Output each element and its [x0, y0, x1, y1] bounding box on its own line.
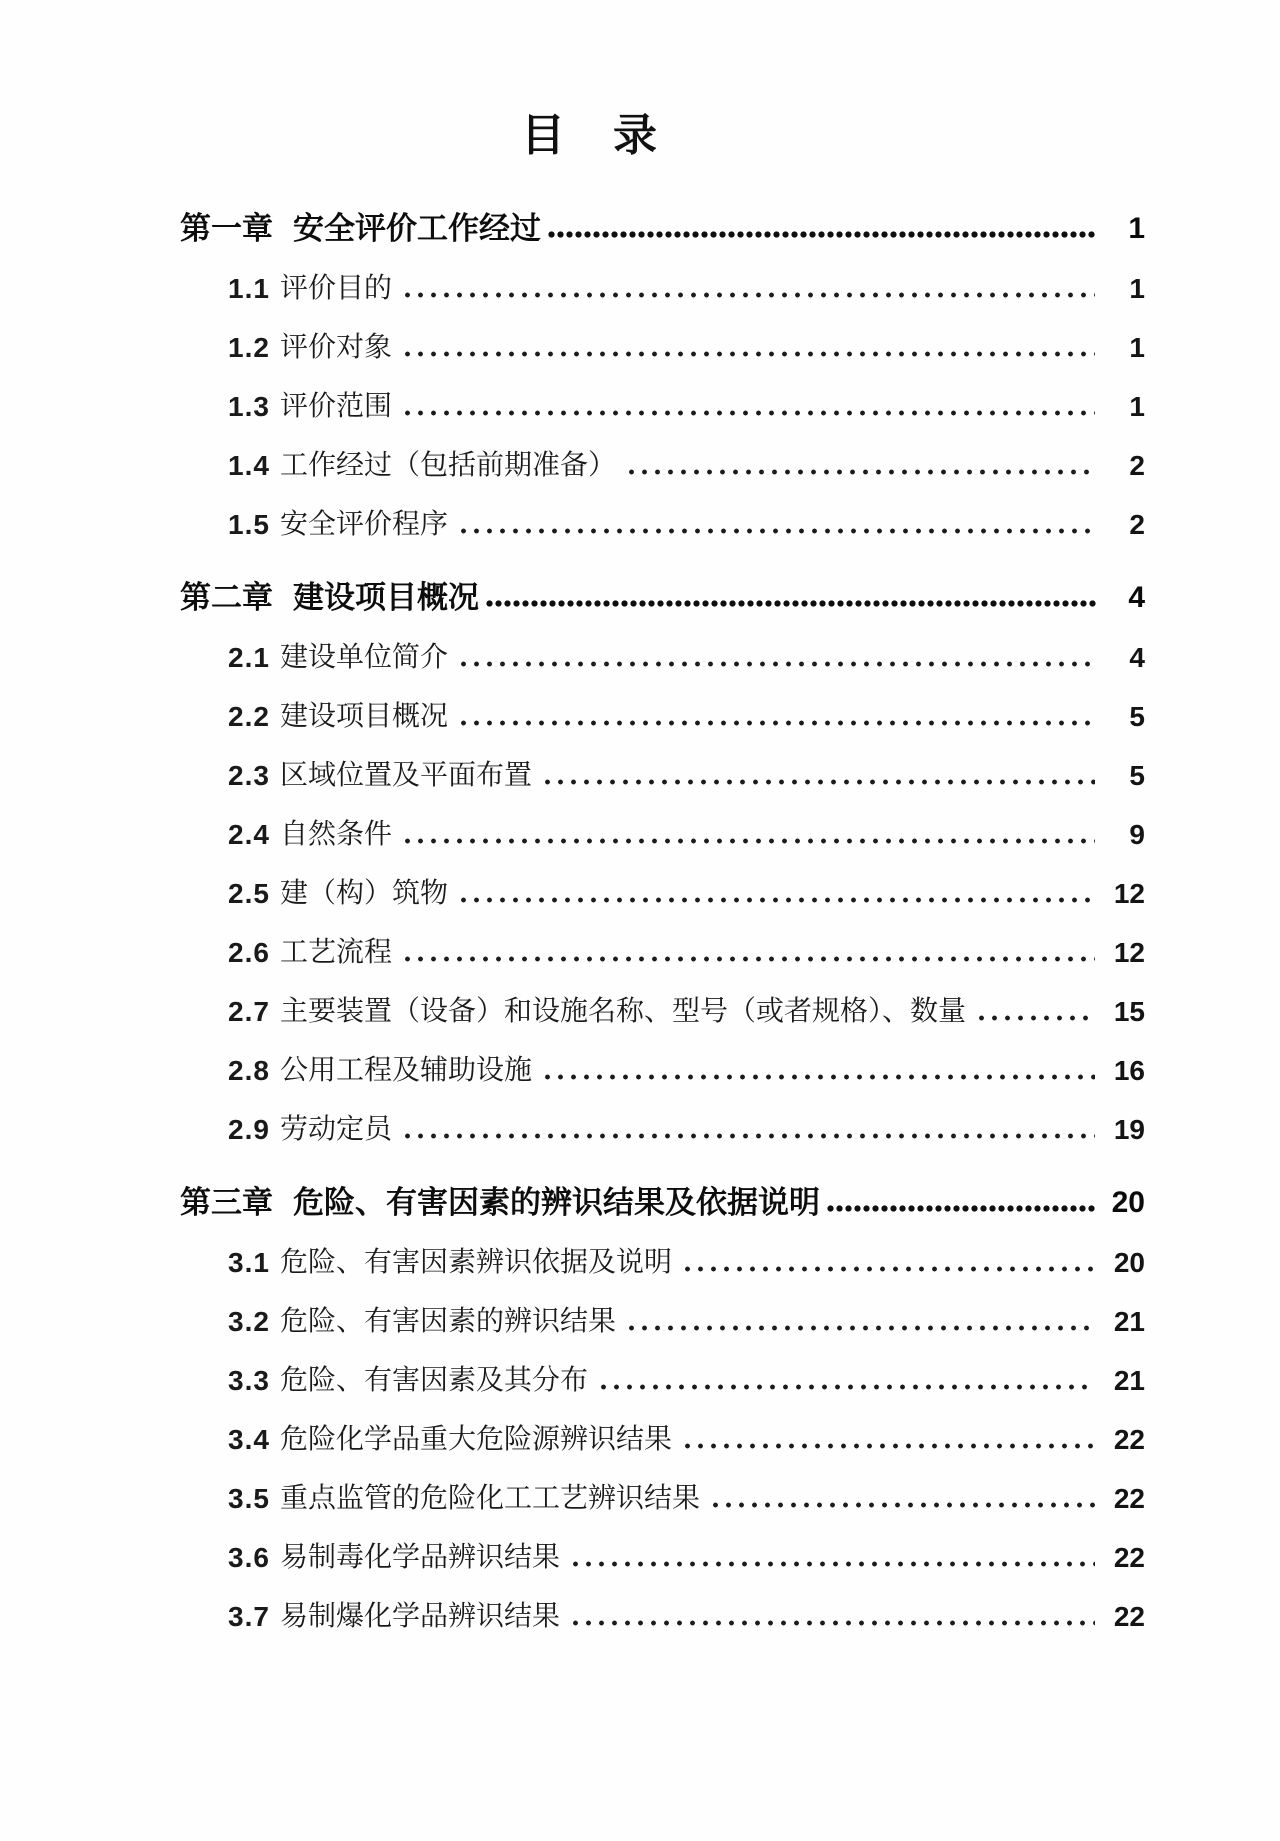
toc-page-number: 20: [1105, 1186, 1145, 1219]
toc-entry-label: 1.3评价范围: [228, 392, 392, 422]
toc-entry-label: 3.1危险、有害因素辨识依据及说明: [228, 1248, 672, 1278]
toc-entry-number: 2.7: [228, 997, 270, 1027]
toc-entry-number: 3.3: [228, 1366, 270, 1396]
toc-entry-number: 2.4: [228, 820, 270, 850]
toc-entry-number: 3.7: [228, 1602, 270, 1632]
toc-section-row: 3.7易制爆化学品辨识结果22: [180, 1573, 1145, 1632]
toc-entry-text: 建设单位简介: [280, 643, 448, 673]
dotted-leader: [401, 289, 1095, 301]
toc-section-row: 3.6易制毒化学品辨识结果22: [180, 1514, 1145, 1573]
dotted-leader: [401, 407, 1095, 419]
dotted-leader: [597, 1381, 1095, 1393]
toc-entry-label: 2.2建设项目概况: [228, 702, 448, 732]
toc-section-row: 2.6工艺流程12: [180, 909, 1145, 968]
dotted-leader: [401, 953, 1095, 965]
toc-entry-number: 2.9: [228, 1115, 270, 1145]
toc-page-number: 22: [1105, 1425, 1145, 1455]
toc-entry-label: 1.5安全评价程序: [228, 510, 448, 540]
dotted-leader: [541, 776, 1095, 788]
toc-entry-number: 3.5: [228, 1484, 270, 1514]
toc-entry-text: 危险、有害因素的辨识结果: [280, 1307, 616, 1337]
toc-chapter-row: 第一章安全评价工作经过1: [180, 186, 1145, 245]
toc-page-number: 1: [1105, 333, 1145, 363]
toc-entry-label: 2.5建（构）筑物: [228, 879, 448, 909]
toc-entry-number: 3.6: [228, 1543, 270, 1573]
toc-section-row: 2.3区域位置及平面布置5: [180, 732, 1145, 791]
toc-entry-number: 第三章: [180, 1186, 273, 1219]
toc-entry-label: 1.1评价目的: [228, 274, 392, 304]
toc-section-row: 2.1建设单位简介4: [180, 614, 1145, 673]
toc-entry-number: 3.1: [228, 1248, 270, 1278]
toc-entry-text: 危险、有害因素的辨识结果及依据说明: [293, 1186, 820, 1219]
toc-page-number: 1: [1105, 274, 1145, 304]
toc-page-number: 5: [1105, 702, 1145, 732]
toc-entry-text: 评价对象: [280, 333, 392, 363]
toc-section-row: 2.9劳动定员19: [180, 1086, 1145, 1145]
toc-entry-text: 安全评价程序: [280, 510, 448, 540]
dotted-leader: [541, 1071, 1095, 1083]
toc-entry-number: 第一章: [180, 212, 273, 245]
toc-entry-label: 2.3区域位置及平面布置: [228, 761, 532, 791]
dotted-leader: [457, 717, 1095, 729]
dotted-leader: [401, 835, 1095, 847]
dotted-leader: [681, 1263, 1095, 1275]
toc-list: 第一章安全评价工作经过11.1评价目的11.2评价对象11.3评价范围11.4工…: [0, 186, 1280, 1632]
toc-page-number: 4: [1105, 643, 1145, 673]
toc-page-number: 16: [1105, 1056, 1145, 1086]
dotted-leader: [975, 1012, 1095, 1024]
toc-entry-label: 2.4自然条件: [228, 820, 392, 850]
toc-entry-label: 2.1建设单位简介: [228, 643, 448, 673]
toc-section-row: 2.7主要装置（设备）和设施名称、型号（或者规格）、数量15: [180, 968, 1145, 1027]
toc-entry-text: 自然条件: [280, 820, 392, 850]
toc-entry-text: 公用工程及辅助设施: [280, 1056, 532, 1086]
dotted-leader: [547, 228, 1097, 241]
toc-section-row: 1.2评价对象1: [180, 304, 1145, 363]
dotted-leader: [625, 466, 1095, 478]
toc-page-number: 22: [1105, 1602, 1145, 1632]
toc-entry-label: 1.2评价对象: [228, 333, 392, 363]
scanned-document-page: 目 录 第一章安全评价工作经过11.1评价目的11.2评价对象11.3评价范围1…: [0, 0, 1280, 1841]
toc-entry-label: 2.8公用工程及辅助设施: [228, 1056, 532, 1086]
toc-entry-number: 1.1: [228, 274, 270, 304]
toc-entry-text: 区域位置及平面布置: [280, 761, 532, 791]
toc-entry-text: 评价目的: [280, 274, 392, 304]
toc-section-row: 1.3评价范围1: [180, 363, 1145, 422]
toc-entry-text: 建设项目概况: [293, 581, 479, 614]
toc-section-row: 3.1危险、有害因素辨识依据及说明20: [180, 1219, 1145, 1278]
toc-chapter-row: 第三章危险、有害因素的辨识结果及依据说明20: [180, 1160, 1145, 1219]
toc-entry-number: 3.4: [228, 1425, 270, 1455]
toc-entry-text: 易制爆化学品辨识结果: [280, 1602, 560, 1632]
toc-entry-label: 3.5重点监管的危险化工工艺辨识结果: [228, 1484, 700, 1514]
toc-entry-label: 第二章建设项目概况: [180, 581, 479, 614]
toc-section-row: 2.4自然条件9: [180, 791, 1145, 850]
toc-page-number: 2: [1105, 510, 1145, 540]
toc-entry-label: 2.9劳动定员: [228, 1115, 392, 1145]
toc-entry-number: 2.5: [228, 879, 270, 909]
toc-section-row: 2.2建设项目概况5: [180, 673, 1145, 732]
toc-chapter-row: 第二章建设项目概况4: [180, 555, 1145, 614]
toc-entry-text: 安全评价工作经过: [293, 212, 541, 245]
toc-entry-label: 3.3危险、有害因素及其分布: [228, 1366, 588, 1396]
dotted-leader: [401, 1130, 1095, 1142]
toc-entry-text: 工艺流程: [280, 938, 392, 968]
dotted-leader: [401, 348, 1095, 360]
toc-entry-label: 3.4危险化学品重大危险源辨识结果: [228, 1425, 672, 1455]
toc-section-row: 1.5安全评价程序2: [180, 481, 1145, 540]
toc-entry-label: 2.7主要装置（设备）和设施名称、型号（或者规格）、数量: [228, 997, 966, 1027]
toc-entry-label: 3.7易制爆化学品辨识结果: [228, 1602, 560, 1632]
dotted-leader: [625, 1322, 1095, 1334]
toc-entry-text: 重点监管的危险化工工艺辨识结果: [280, 1484, 700, 1514]
toc-entry-number: 1.4: [228, 451, 270, 481]
dotted-leader: [826, 1202, 1097, 1215]
toc-page-number: 12: [1105, 879, 1145, 909]
toc-page-number: 1: [1105, 392, 1145, 422]
toc-entry-label: 3.6易制毒化学品辨识结果: [228, 1543, 560, 1573]
toc-page-number: 21: [1105, 1366, 1145, 1396]
toc-entry-number: 2.2: [228, 702, 270, 732]
toc-entry-text: 建设项目概况: [280, 702, 448, 732]
toc-entry-number: 第二章: [180, 581, 273, 614]
toc-entry-number: 2.3: [228, 761, 270, 791]
toc-entry-text: 工作经过（包括前期准备）: [280, 451, 616, 481]
toc-section-row: 1.4工作经过（包括前期准备）2: [180, 422, 1145, 481]
toc-page-number: 19: [1105, 1115, 1145, 1145]
toc-section-row: 3.2危险、有害因素的辨识结果21: [180, 1278, 1145, 1337]
toc-entry-text: 危险、有害因素及其分布: [280, 1366, 588, 1396]
dotted-leader: [709, 1499, 1095, 1511]
dotted-leader: [569, 1558, 1095, 1570]
dotted-leader: [485, 597, 1097, 610]
toc-section-row: 2.8公用工程及辅助设施16: [180, 1027, 1145, 1086]
toc-entry-label: 第三章危险、有害因素的辨识结果及依据说明: [180, 1186, 820, 1219]
toc-page-number: 20: [1105, 1248, 1145, 1278]
toc-page-number: 21: [1105, 1307, 1145, 1337]
dotted-leader: [457, 525, 1095, 537]
toc-page-number: 22: [1105, 1484, 1145, 1514]
toc-section-row: 1.1评价目的1: [180, 245, 1145, 304]
toc-page-number: 12: [1105, 938, 1145, 968]
toc-page-number: 2: [1105, 451, 1145, 481]
dotted-leader: [457, 658, 1095, 670]
toc-entry-number: 3.2: [228, 1307, 270, 1337]
toc-entry-label: 第一章安全评价工作经过: [180, 212, 541, 245]
toc-entry-text: 危险化学品重大危险源辨识结果: [280, 1425, 672, 1455]
toc-section-row: 3.5重点监管的危险化工工艺辨识结果22: [180, 1455, 1145, 1514]
toc-entry-number: 1.3: [228, 392, 270, 422]
toc-entry-text: 劳动定员: [280, 1115, 392, 1145]
toc-entry-number: 1.5: [228, 510, 270, 540]
toc-entry-text: 易制毒化学品辨识结果: [280, 1543, 560, 1573]
toc-entry-text: 危险、有害因素辨识依据及说明: [280, 1248, 672, 1278]
toc-page-number: 1: [1105, 212, 1145, 245]
toc-page-number: 5: [1105, 761, 1145, 791]
toc-entry-text: 建（构）筑物: [280, 879, 448, 909]
dotted-leader: [569, 1617, 1095, 1629]
dotted-leader: [457, 894, 1095, 906]
dotted-leader: [681, 1440, 1095, 1452]
page-title: 目 录: [0, 0, 1180, 164]
toc-page-number: 9: [1105, 820, 1145, 850]
toc-section-row: 3.3危险、有害因素及其分布21: [180, 1337, 1145, 1396]
toc-entry-label: 3.2危险、有害因素的辨识结果: [228, 1307, 616, 1337]
toc-entry-number: 2.1: [228, 643, 270, 673]
toc-page-number: 4: [1105, 581, 1145, 614]
toc-entry-label: 1.4工作经过（包括前期准备）: [228, 451, 616, 481]
toc-entry-number: 2.6: [228, 938, 270, 968]
toc-entry-number: 2.8: [228, 1056, 270, 1086]
toc-entry-text: 评价范围: [280, 392, 392, 422]
toc-section-row: 2.5建（构）筑物12: [180, 850, 1145, 909]
toc-entry-text: 主要装置（设备）和设施名称、型号（或者规格）、数量: [280, 997, 966, 1027]
toc-section-row: 3.4危险化学品重大危险源辨识结果22: [180, 1396, 1145, 1455]
toc-page-number: 15: [1105, 997, 1145, 1027]
toc-entry-number: 1.2: [228, 333, 270, 363]
toc-entry-label: 2.6工艺流程: [228, 938, 392, 968]
toc-page-number: 22: [1105, 1543, 1145, 1573]
